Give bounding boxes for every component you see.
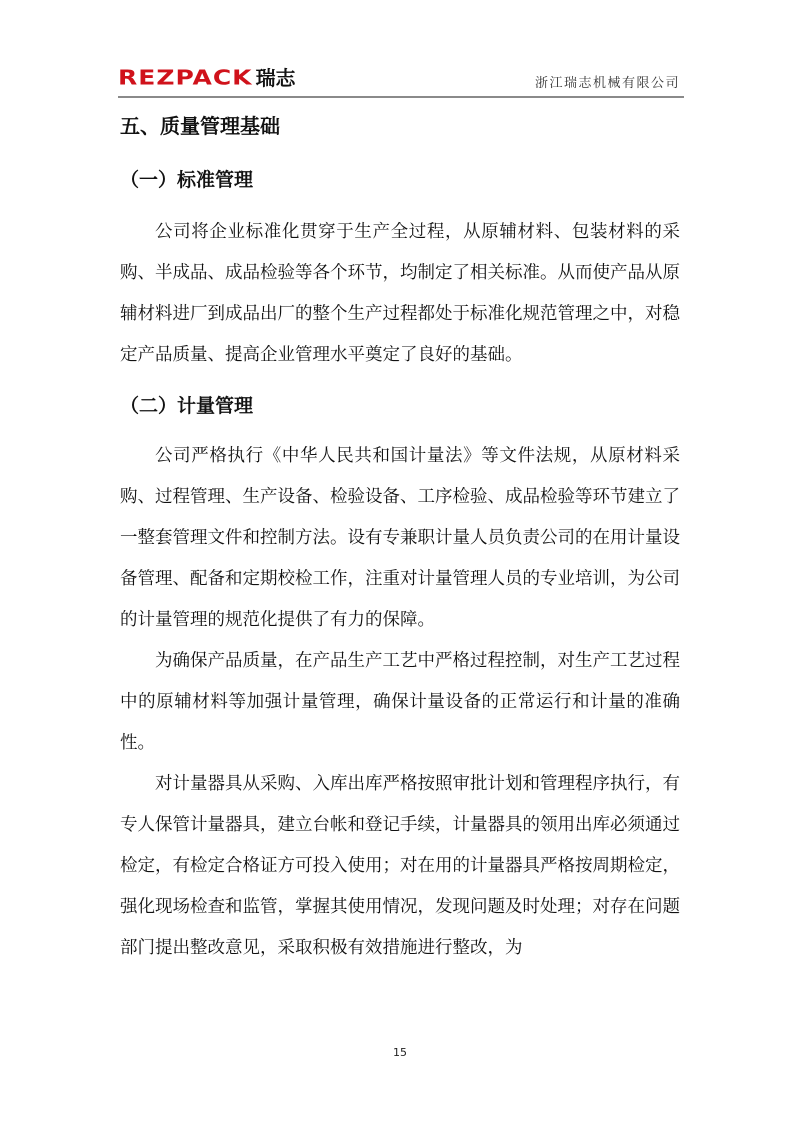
company-name: 浙江瑞志机械有限公司 (535, 72, 680, 91)
logo-wordmark: REZPACK (118, 67, 253, 89)
header-divider (118, 96, 684, 98)
logo-chinese-mark: 瑞志 (256, 64, 296, 92)
subsection-title-metrology-management: （二）计量管理 (120, 392, 680, 420)
page-header: REZPACK 瑞志 浙江瑞志机械有限公司 (118, 62, 684, 96)
page-number: 15 (0, 1046, 800, 1059)
paragraph: 对计量器具从采购、入库出库严格按照审批计划和管理程序执行，有专人保管计量器具，建… (120, 764, 680, 969)
document-body: 五、质量管理基础 （一）标准管理 公司将企业标准化贯穿于生产全过程，从原辅材料、… (120, 112, 680, 969)
paragraph: 公司严格执行《中华人民共和国计量法》等文件法规，从原材料采购、过程管理、生产设备… (120, 436, 680, 641)
paragraph: 公司将企业标准化贯穿于生产全过程，从原辅材料、包装材料的采购、半成品、成品检验等… (120, 212, 680, 376)
section-title: 五、质量管理基础 (120, 112, 680, 140)
subsection-title-standard-management: （一）标准管理 (120, 166, 680, 194)
company-logo: REZPACK 瑞志 (118, 64, 296, 92)
paragraph: 为确保产品质量，在产品生产工艺中严格过程控制，对生产工艺过程中的原辅材料等加强计… (120, 641, 680, 764)
